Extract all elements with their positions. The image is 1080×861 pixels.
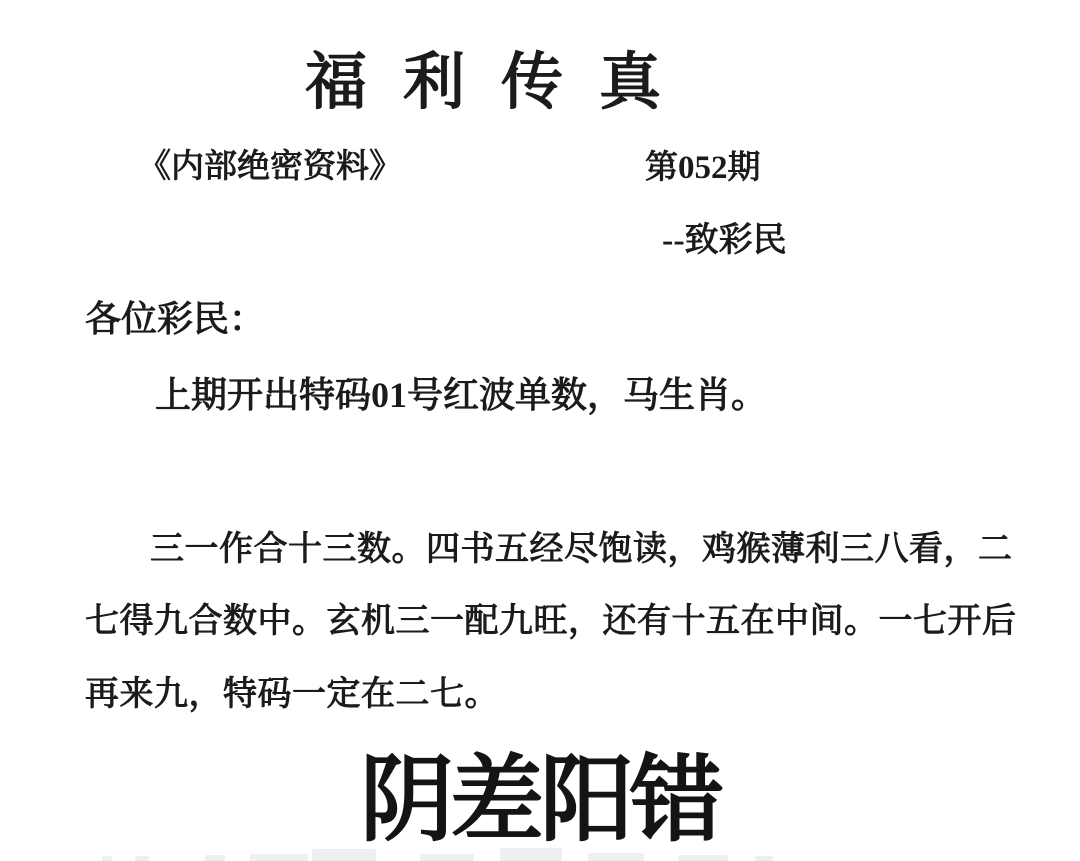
previous-result-line: 上期开出特码01号红波单数，马生肖。: [155, 367, 767, 418]
scan-artifact: [588, 853, 644, 861]
issue-number: 第052期: [645, 141, 761, 188]
scan-artifact: [678, 855, 728, 861]
scan-artifact-row: [0, 845, 1080, 861]
scan-artifact: [755, 856, 773, 861]
salutation: 各位彩民：: [85, 291, 265, 342]
scan-artifact: [102, 856, 112, 861]
headline: 阴差阳错: [360, 724, 720, 859]
dedication-line: --致彩民: [662, 212, 787, 261]
document-title: 福利传真: [305, 32, 697, 121]
scan-artifact: [135, 856, 149, 861]
scan-artifact: [312, 849, 376, 861]
scan-artifact: [500, 848, 562, 861]
scan-artifact: [205, 855, 225, 861]
verse-line-3: 再来九，特码一定在二七。: [85, 666, 499, 715]
verse-line-2: 七得九合数中。玄机三一配九旺，还有十五在中间。一七开后: [85, 593, 1017, 642]
scan-artifact: [420, 854, 474, 861]
fax-document-page: 福利传真 《内部绝密资料》 第052期 --致彩民 各位彩民： 上期开出特码01…: [0, 0, 1080, 861]
confidential-label: 《内部绝密资料》: [138, 140, 402, 187]
scan-artifact: [250, 854, 308, 861]
verse-line-1: 三一作合十三数。四书五经尽饱读，鸡猴薄利三八看，二: [150, 521, 1013, 570]
